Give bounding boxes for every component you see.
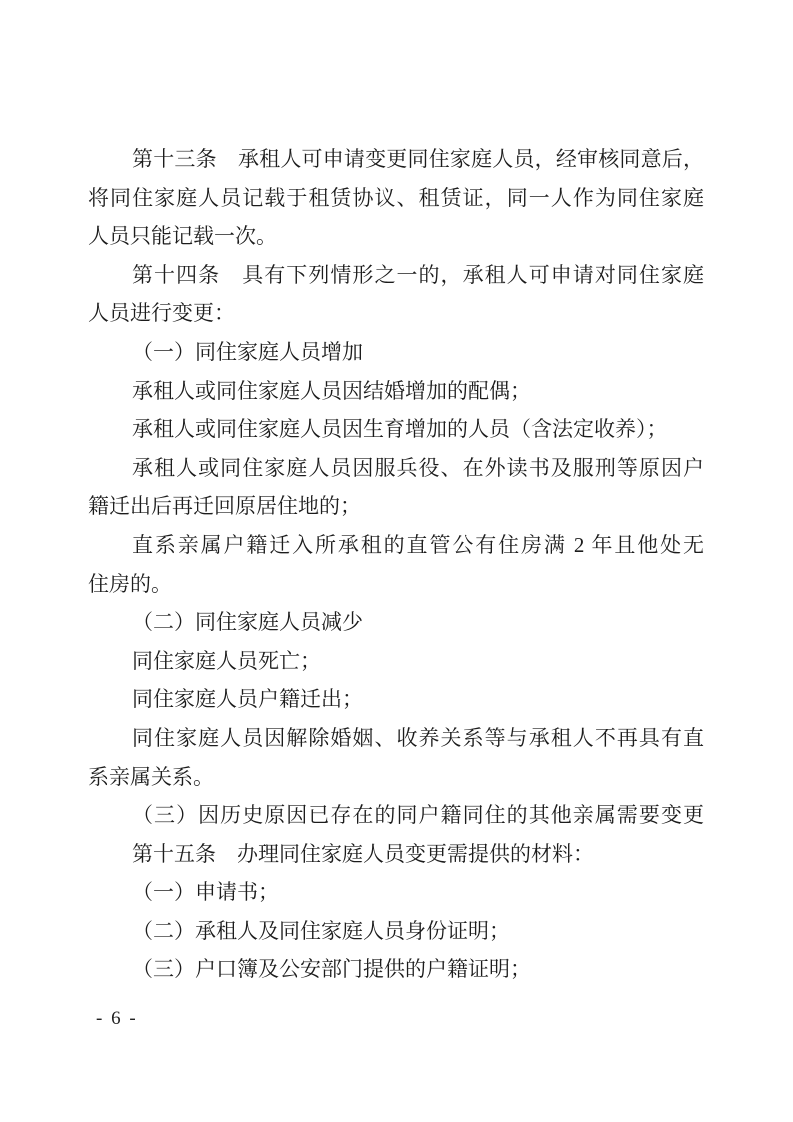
text-line: 住房的。	[88, 565, 704, 604]
page-number: - 6 -	[96, 1008, 138, 1030]
text-line: （一）申请书；	[88, 873, 704, 912]
text-line: （二）同住家庭人员减少	[88, 603, 704, 642]
text-line: 直系亲属户籍迁入所承租的直管公有住房满 2 年且他处无	[88, 526, 704, 565]
text-line: 第十四条 具有下列情形之一的，承租人可申请对同住家庭	[88, 256, 704, 295]
document-body: 第十三条 承租人可申请变更同住家庭人员，经审核同意后，将同住家庭人员记载于租赁协…	[88, 140, 704, 989]
text-line: （三）因历史原因已存在的同户籍同住的其他亲属需要变更	[88, 796, 704, 835]
text-line: 系亲属关系。	[88, 758, 704, 797]
text-line: 同住家庭人员因解除婚姻、收养关系等与承租人不再具有直	[88, 719, 704, 758]
text-line: 人员进行变更：	[88, 294, 704, 333]
text-line: （二）承租人及同住家庭人员身份证明；	[88, 912, 704, 951]
text-line: 人员只能记载一次。	[88, 217, 704, 256]
text-line: 承租人或同住家庭人员因服兵役、在外读书及服刑等原因户	[88, 449, 704, 488]
text-line: 将同住家庭人员记载于租赁协议、租赁证，同一人作为同住家庭	[88, 179, 704, 218]
text-line: 第十五条 办理同住家庭人员变更需提供的材料：	[88, 835, 704, 874]
text-line: （一）同住家庭人员增加	[88, 333, 704, 372]
document-page: 第十三条 承租人可申请变更同住家庭人员，经审核同意后，将同住家庭人员记载于租赁协…	[0, 0, 793, 1122]
text-line: 籍迁出后再迁回原居住地的；	[88, 487, 704, 526]
text-line: 第十三条 承租人可申请变更同住家庭人员，经审核同意后，	[88, 140, 704, 179]
text-line: （三）户口簿及公安部门提供的户籍证明；	[88, 950, 704, 989]
text-line: 同住家庭人员户籍迁出；	[88, 680, 704, 719]
text-line: 承租人或同住家庭人员因生育增加的人员（含法定收养）；	[88, 410, 704, 449]
text-line: 承租人或同住家庭人员因结婚增加的配偶；	[88, 372, 704, 411]
text-line: 同住家庭人员死亡；	[88, 642, 704, 681]
